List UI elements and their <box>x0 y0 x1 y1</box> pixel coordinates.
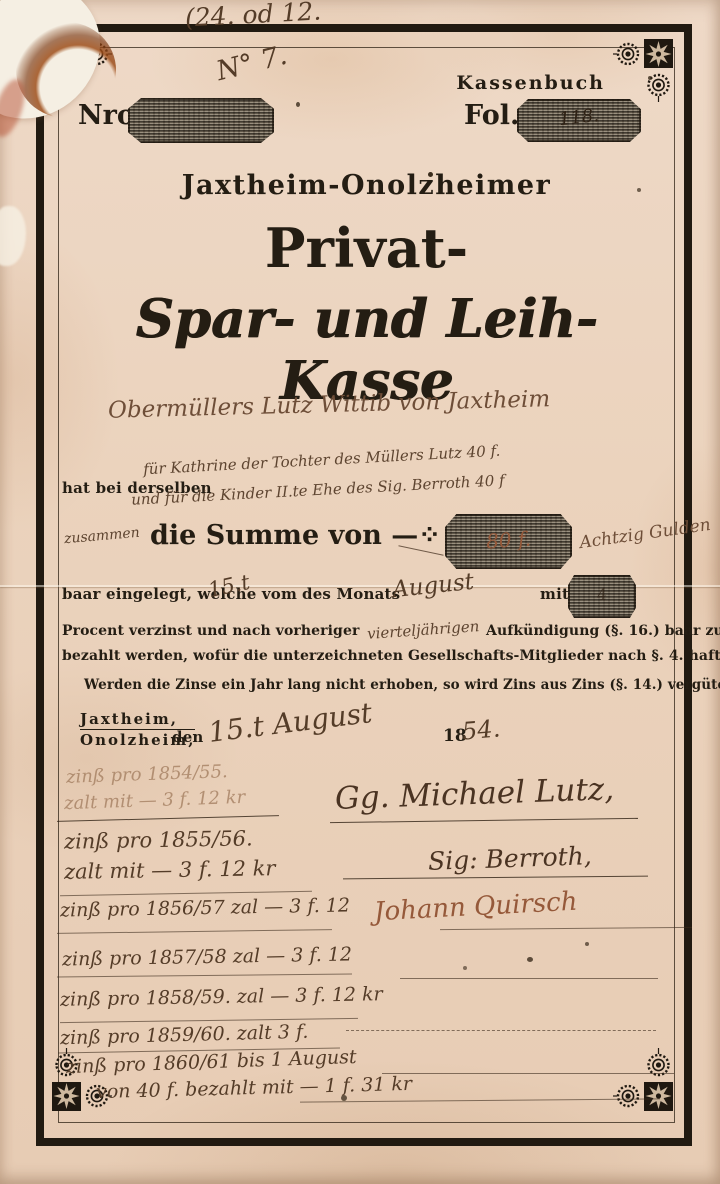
baar-eingelegt-label: baar eingelegt, welche vom <box>62 585 297 603</box>
procent-pre-text: Procent verzinst und nach vorheriger <box>62 623 359 639</box>
kassenbuch-label: Kassenbuch <box>455 72 605 94</box>
title-privat: Privat- <box>58 216 675 280</box>
entry-1855-line2: zalt mit — 3 f. 12 kr <box>64 856 276 884</box>
procent-post-text: Aufkündigung (§. 16.) baar zurück- <box>486 623 720 639</box>
sum-redaction-box: 80 f. <box>445 514 572 569</box>
percent-value: 4 <box>567 580 637 608</box>
fol-label: Fol. <box>464 100 519 131</box>
fol-value: 118. <box>516 101 642 135</box>
summe-von-label: die Summe von —⁘ <box>150 520 441 551</box>
mit-label: mit <box>540 585 569 603</box>
bezahlt-line: bezahlt werden, wofür die unterzeichnete… <box>62 648 720 664</box>
ink-speck <box>585 942 589 946</box>
sum-value: 80 f. <box>444 524 572 557</box>
place-top: Jaxtheim, <box>80 710 195 730</box>
zins-aus-zins-line: Werden die Zinse ein Jahr lang nicht erh… <box>84 677 720 693</box>
entry-rule <box>346 1030 656 1031</box>
edge-damage <box>0 206 26 266</box>
corner-ornament-bottom-right <box>611 1048 675 1112</box>
fol-redaction-box: 118. <box>517 99 641 142</box>
year-hand: 54. <box>461 714 501 745</box>
procent-line: Procent verzinst und nach vorheriger vie… <box>62 620 720 639</box>
ink-speck <box>296 102 300 107</box>
ink-speck <box>463 966 467 970</box>
document-page: (24. od 12. N° 7. Kassenbuch Nro. Fol. 1… <box>0 0 720 1184</box>
corner-ornament-top-right <box>611 38 675 102</box>
entry-1855-line1: zinß pro 1855/56. <box>64 826 253 853</box>
signature-2: Sig: Berroth, <box>428 841 593 876</box>
signature-rule <box>400 978 658 979</box>
percent-redaction-box: 4 <box>568 575 636 618</box>
entry-rule <box>382 1073 674 1074</box>
nro-redaction-box <box>128 98 274 143</box>
title-region: Jaxtheim-Onolzheimer <box>58 170 675 201</box>
den-label: den <box>172 728 204 746</box>
ink-speck <box>648 76 652 80</box>
ink-speck <box>527 957 533 962</box>
des-monats-label: des Monats <box>302 585 400 603</box>
